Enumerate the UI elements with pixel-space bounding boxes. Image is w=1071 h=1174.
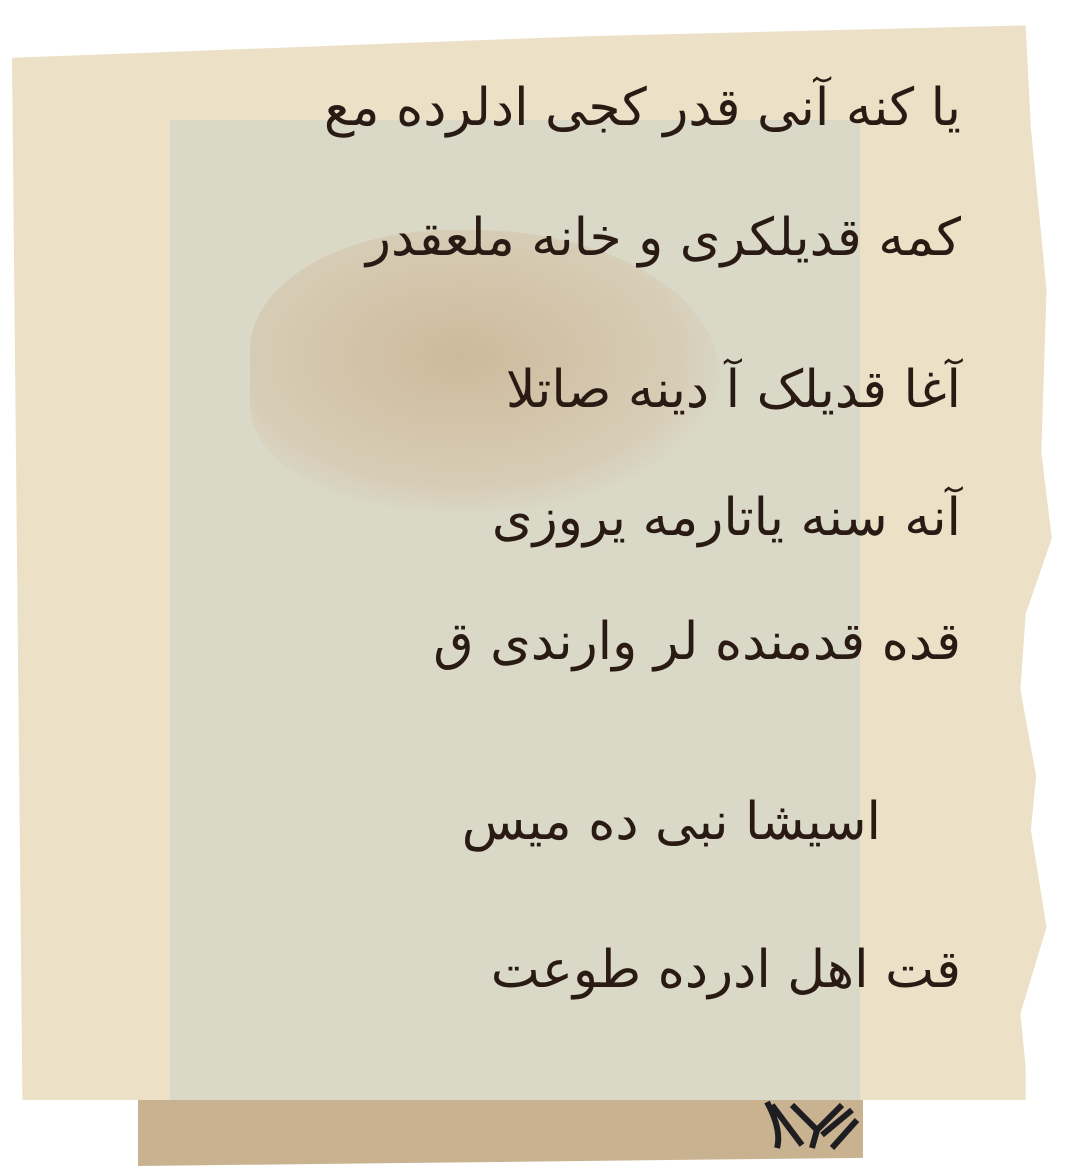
manuscript-line-7: قت اهل ادرده طوعت [491, 940, 961, 1000]
underlying-paper-strip [138, 1098, 863, 1166]
manuscript-line-3: آغا قدیلک آ دینه صاتلا [506, 360, 961, 420]
manuscript-line-1: یا کنه آنی قدر کجی ادلرده مع [324, 78, 961, 138]
manuscript-line-6: اسیشا نبی ده میس [462, 792, 881, 852]
printed-ornament-icon [762, 1100, 862, 1150]
manuscript-line-5: قده قدمنده لر وارندی ق [433, 612, 961, 672]
manuscript-line-4: آنه سنه یاتارمه یروزی [492, 488, 961, 548]
manuscript-line-2: کمه قدیلکری و خانه ملعقدر [366, 208, 961, 268]
